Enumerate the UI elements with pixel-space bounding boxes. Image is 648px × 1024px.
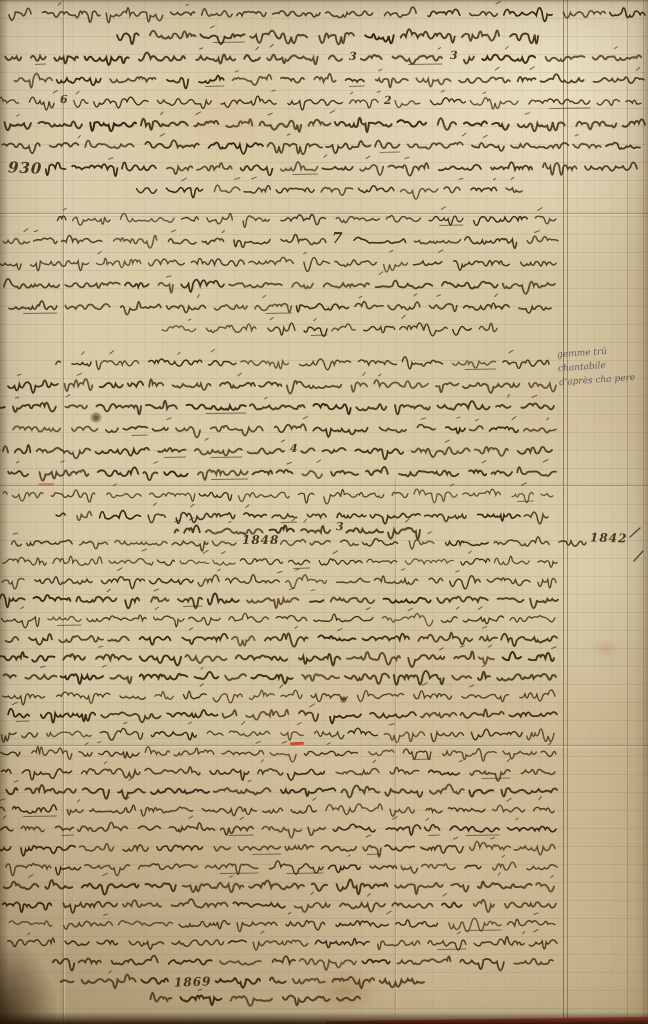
handwriting-stroke [281,788,335,796]
handwriting-stroke [272,90,275,91]
handwriting-stroke [185,655,226,663]
handwriting-stroke [229,731,269,736]
handwriting-stroke [388,163,428,176]
handwriting-stroke [331,471,358,476]
handwriting-stroke [551,876,554,878]
handwriting-stroke [448,808,485,812]
handwriting-stroke [103,873,108,875]
handwriting-stroke [189,617,221,625]
handwriting-stroke [630,528,640,537]
handwriting-stroke [524,512,548,524]
handwriting-stroke [395,101,420,108]
handwriting-stroke [414,240,460,244]
handwriting-stroke [429,578,443,583]
handwriting-stroke [35,577,92,584]
handwriting-stroke [167,78,188,89]
handwriting-stroke [298,493,313,503]
handwriting-stroke [521,403,554,409]
handwriting-stroke [385,845,414,851]
handwriting-stroke [82,352,85,355]
handwriting-stroke [142,549,147,551]
handwriting-stroke [140,655,181,665]
handwriting-stroke [351,382,367,391]
handwriting-stroke [208,593,239,604]
handwriting-stroke [291,805,316,813]
handwriting-stroke [375,140,399,148]
handwriting-stroke [457,932,460,934]
handwriting-stroke [444,187,460,193]
handwriting-stroke [107,589,110,592]
handwriting-stroke [518,77,536,81]
handwriting-stroke [421,713,457,718]
handwriting-stroke [223,710,237,718]
handwriting-stroke [164,471,187,476]
handwriting-stroke [277,572,282,573]
handwriting-stroke [437,597,488,603]
handwriting-stroke [174,748,214,756]
handwriting-stroke [538,561,557,567]
handwriting-stroke [266,313,291,314]
handwriting-stroke [281,540,306,546]
handwriting-stroke [9,8,31,20]
photo-edge-shadow-left [0,0,9,1024]
handwriting-stroke [377,91,380,92]
handwriting-stroke [454,837,458,839]
handwriting-stroke [314,319,316,321]
handwriting-stroke [355,302,383,309]
handwriting-stroke [8,709,29,718]
handwriting-stroke [597,100,619,106]
handwriting-stroke [157,560,174,565]
handwriting-stroke [408,64,442,65]
handwriting-stroke [25,675,56,679]
handwriting-stroke [265,633,308,646]
handwriting-stroke [212,479,248,480]
handwriting-stroke [400,323,447,336]
handwriting-stroke [253,854,281,855]
handwriting-stroke [267,55,317,65]
handwriting-stroke [229,835,254,836]
handwriting-stroke [454,651,474,659]
handwriting-stroke [283,996,330,1006]
handwriting-stroke [311,892,314,895]
handwriting-stroke [519,306,551,313]
handwriting-stroke [256,47,259,50]
handwriting-stroke [198,575,219,586]
handwriting-stroke [402,315,405,318]
handwriting-stroke [151,597,168,602]
handwriting-stroke [521,769,555,774]
handwriting-stroke [315,938,369,947]
handwriting-stroke [165,457,186,458]
handwriting-stroke [122,162,156,170]
handwriting-stroke [552,647,556,649]
handwriting-stroke [106,8,162,23]
handwriting-stroke [373,760,376,763]
handwriting-stroke [241,361,288,369]
handwriting-stroke [302,674,339,681]
handwriting-stroke [365,34,394,43]
handwriting-stroke [15,445,31,453]
handwriting-stroke [293,174,318,175]
handwriting-stroke [472,143,504,151]
handwriting-stroke [123,426,147,429]
handwriting-stroke [358,360,396,365]
handwriting-stroke [22,733,38,738]
handwriting-stroke [470,841,510,850]
handwriting-stroke [292,519,294,520]
handwriting-stroke [593,55,641,60]
handwriting-stroke [153,503,156,505]
handwriting-stroke [277,470,293,473]
handwriting-stroke [359,296,362,298]
handwriting-stroke [253,471,273,475]
handwriting-stroke [538,208,542,211]
handwriting-stroke [439,250,443,252]
handwriting-stroke [238,373,242,376]
handwriting-stroke [457,417,460,418]
handwriting-stroke [359,186,394,193]
handwriting-stroke [45,880,72,889]
handwriting-stroke [495,294,498,297]
handwriting-stroke [171,230,176,232]
handwriting-stroke [503,652,521,660]
handwriting-stroke [392,903,432,908]
handwriting-stroke [167,418,171,420]
handwriting-stroke [478,882,532,889]
handwriting-stroke [31,56,46,61]
handwriting-stroke [405,157,409,158]
handwriting-stroke [191,258,244,266]
handwriting-stroke [541,74,584,83]
handwriting-stroke [393,817,397,820]
handwriting-stroke [43,11,100,22]
handwriting-stroke [374,380,428,388]
handwriting-stroke [175,530,179,533]
handwriting-stroke [13,426,60,431]
handwriting-stroke [527,865,557,870]
handwriting-stroke [549,743,552,745]
handwriting-stroke [120,213,174,222]
handwriting-stroke [469,790,493,797]
handwriting-stroke [231,996,272,1006]
handwriting-stroke [295,903,330,912]
handwriting-stroke [527,236,558,243]
handwriting-stroke [379,69,382,71]
handwriting-stroke [335,118,392,132]
handwriting-stroke [96,404,141,414]
handwriting-stroke [304,252,307,254]
handwriting-stroke [234,240,270,248]
handwriting-stroke [510,616,555,622]
handwriting-stroke [312,883,327,890]
handwriting-stroke [27,540,72,546]
handwriting-stroke [56,361,61,364]
handwriting-stroke [457,607,460,609]
handwriting-stroke [103,665,107,667]
handwriting-stroke [493,862,516,870]
handwriting-stroke [483,92,486,93]
handwriting-stroke [85,141,133,149]
handwriting-stroke [255,304,291,312]
handwriting-stroke [281,234,326,244]
handwriting-stroke [110,675,131,683]
handwriting-stroke [80,844,114,851]
handwriting-stroke [462,30,499,40]
handwriting-stroke [56,513,65,516]
handwriting-stroke [263,295,266,297]
handwriting-stroke [40,470,89,480]
handwriting-stroke [61,461,64,462]
handwriting-stroke [220,873,258,874]
handwriting-stroke [172,940,224,946]
handwriting-stroke [270,753,296,762]
handwriting-stroke [337,879,388,894]
handwriting-stroke [386,216,420,222]
handwriting-stroke [251,675,292,684]
handwriting-stroke [380,979,424,987]
handwriting-stroke [405,559,453,564]
handwriting-stroke [559,541,586,546]
handwriting-stroke [241,165,273,175]
handwriting-stroke [418,633,472,645]
handwriting-stroke [324,283,370,287]
handwriting-stroke [222,231,225,233]
handwriting-stroke [367,854,381,855]
handwriting-stroke [634,551,643,561]
handwriting-stroke [396,920,438,927]
handwriting-stroke [522,483,527,486]
handwriting-stroke [115,540,167,545]
handwriting-layer [0,0,648,1024]
handwriting-stroke [248,448,284,454]
handwriting-stroke [318,635,355,640]
handwriting-stroke [416,78,450,86]
handwriting-stroke [349,86,364,87]
handwriting-stroke [401,29,455,42]
handwriting-stroke [508,919,556,925]
handwriting-stroke [98,646,103,647]
handwriting-stroke [380,152,399,153]
handwriting-stroke [309,120,331,126]
handwriting-stroke [426,818,429,820]
handwriting-stroke [393,56,442,64]
handwriting-stroke [9,921,52,926]
handwriting-stroke [226,119,252,127]
handwriting-stroke [514,844,555,854]
handwriting-stroke [474,937,524,946]
handwriting-stroke [368,894,371,897]
handwriting-stroke [479,657,494,664]
handwriting-stroke [216,978,260,987]
handwriting-stroke [336,217,379,223]
handwriting-stroke [151,732,196,740]
handwriting-stroke [459,760,462,762]
handwriting-stroke [475,447,508,456]
handwriting-stroke [280,685,283,688]
handwriting-stroke [431,732,464,742]
handwriting-stroke [564,11,606,18]
handwriting-stroke [207,213,232,223]
handwriting-stroke [61,980,74,982]
handwriting-stroke [329,55,342,60]
handwriting-stroke [401,866,417,873]
handwriting-stroke [511,143,569,148]
handwriting-stroke [350,99,379,108]
handwriting-stroke [442,282,498,289]
handwriting-stroke [446,427,465,433]
handwriting-stroke [246,710,288,720]
handwriting-stroke [505,902,556,908]
handwriting-stroke [385,7,417,17]
handwriting-stroke [162,326,195,332]
handwriting-stroke [529,99,590,104]
handwriting-stroke [139,864,198,869]
handwriting-stroke [346,528,383,533]
handwriting-stroke [322,167,353,170]
handwriting-stroke [436,383,459,392]
handwriting-stroke [61,674,104,684]
handwriting-stroke [495,556,530,565]
handwriting-stroke [534,807,555,813]
handwriting-stroke [362,960,389,964]
handwriting-stroke [292,283,313,289]
handwriting-stroke [72,362,91,366]
handwriting-stroke [199,989,202,990]
handwriting-stroke [8,471,28,476]
handwriting-stroke [399,471,458,477]
handwriting-stroke [319,33,354,44]
handwriting-stroke [187,405,246,410]
handwriting-stroke [315,731,344,739]
handwriting-stroke [173,384,211,390]
handwriting-stroke [507,798,511,801]
handwriting-stroke [314,74,335,82]
handwriting-stroke [145,767,200,775]
handwriting-stroke [101,712,160,722]
handwriting-stroke [294,568,310,569]
handwriting-stroke [376,281,433,289]
handwriting-stroke [159,283,173,293]
handwriting-stroke [146,883,176,891]
handwriting-stroke [384,263,408,272]
handwriting-stroke [110,77,155,83]
handwriting-stroke [179,921,230,929]
handwriting-stroke [183,883,244,892]
handwriting-stroke [384,732,425,743]
handwriting-stroke [626,100,641,104]
handwriting-stroke [623,119,645,126]
handwriting-stroke [109,559,153,566]
handwriting-stroke [370,866,397,869]
handwriting-stroke [474,900,495,912]
handwriting-stroke [56,826,74,830]
handwriting-stroke [440,225,463,226]
handwriting-stroke [229,283,282,287]
handwriting-stroke [77,373,82,375]
handwriting-stroke [249,881,304,890]
handwriting-stroke [24,313,57,314]
handwriting-stroke [141,807,193,816]
handwriting-stroke [270,44,273,47]
handwriting-stroke [290,588,295,589]
handwriting-stroke [507,759,510,762]
handwriting-stroke [12,702,17,704]
handwriting-stroke [203,550,208,553]
handwriting-stroke [363,373,365,376]
handwriting-stroke [140,674,188,680]
handwriting-stroke [469,470,486,475]
handwriting-stroke [171,899,227,908]
handwriting-stroke [123,900,161,907]
handwriting-stroke [244,55,259,61]
handwriting-stroke [109,971,111,973]
handwriting-stroke [390,767,419,773]
handwriting-stroke [211,350,215,353]
handwriting-stroke [124,722,128,723]
photo-edge-shadow-right [643,0,648,1024]
handwriting-stroke [205,438,208,440]
handwriting-stroke [423,683,428,685]
handwriting-stroke [463,489,501,496]
handwriting-stroke [429,304,456,312]
handwriting-stroke [200,48,203,49]
handwriting-stroke [483,135,487,137]
handwriting-stroke [118,789,145,799]
handwriting-stroke [8,380,58,393]
handwriting-stroke [332,324,355,331]
handwriting-stroke [218,569,221,571]
handwriting-stroke [41,666,46,667]
handwriting-stroke [206,324,256,333]
handwriting-stroke [121,302,161,315]
handwriting-stroke [535,216,556,224]
handwriting-stroke [178,352,180,354]
handwriting-stroke [197,163,232,171]
handwriting-stroke [437,295,441,296]
handwriting-stroke [438,118,456,130]
handwriting-stroke [17,374,21,375]
handwriting-stroke [151,993,172,1002]
handwriting-stroke [199,492,232,500]
handwriting-stroke [509,350,513,353]
handwriting-stroke [50,143,79,147]
handwriting-stroke [408,655,444,667]
handwriting-stroke [228,940,246,943]
handwriting-stroke [141,119,188,130]
handwriting-stroke [463,383,520,393]
handwriting-stroke [287,462,292,464]
handwriting-stroke [242,722,245,725]
handwriting-stroke [576,122,616,130]
handwriting-stroke [518,122,565,131]
handwriting-stroke [300,959,356,970]
handwriting-stroke [236,655,287,661]
handwriting-stroke [202,9,232,17]
handwriting-stroke [206,529,263,535]
handwriting-stroke [508,826,556,831]
handwriting-stroke [530,67,534,70]
handwriting-stroke [37,448,90,459]
handwriting-stroke [65,405,87,408]
handwriting-stroke [149,493,194,501]
handwriting-stroke [34,231,38,232]
handwriting-stroke [338,629,342,631]
handwriting-stroke [94,97,148,108]
handwriting-stroke [450,484,453,486]
handwriting-stroke [360,165,383,175]
handwriting-stroke [466,835,499,836]
